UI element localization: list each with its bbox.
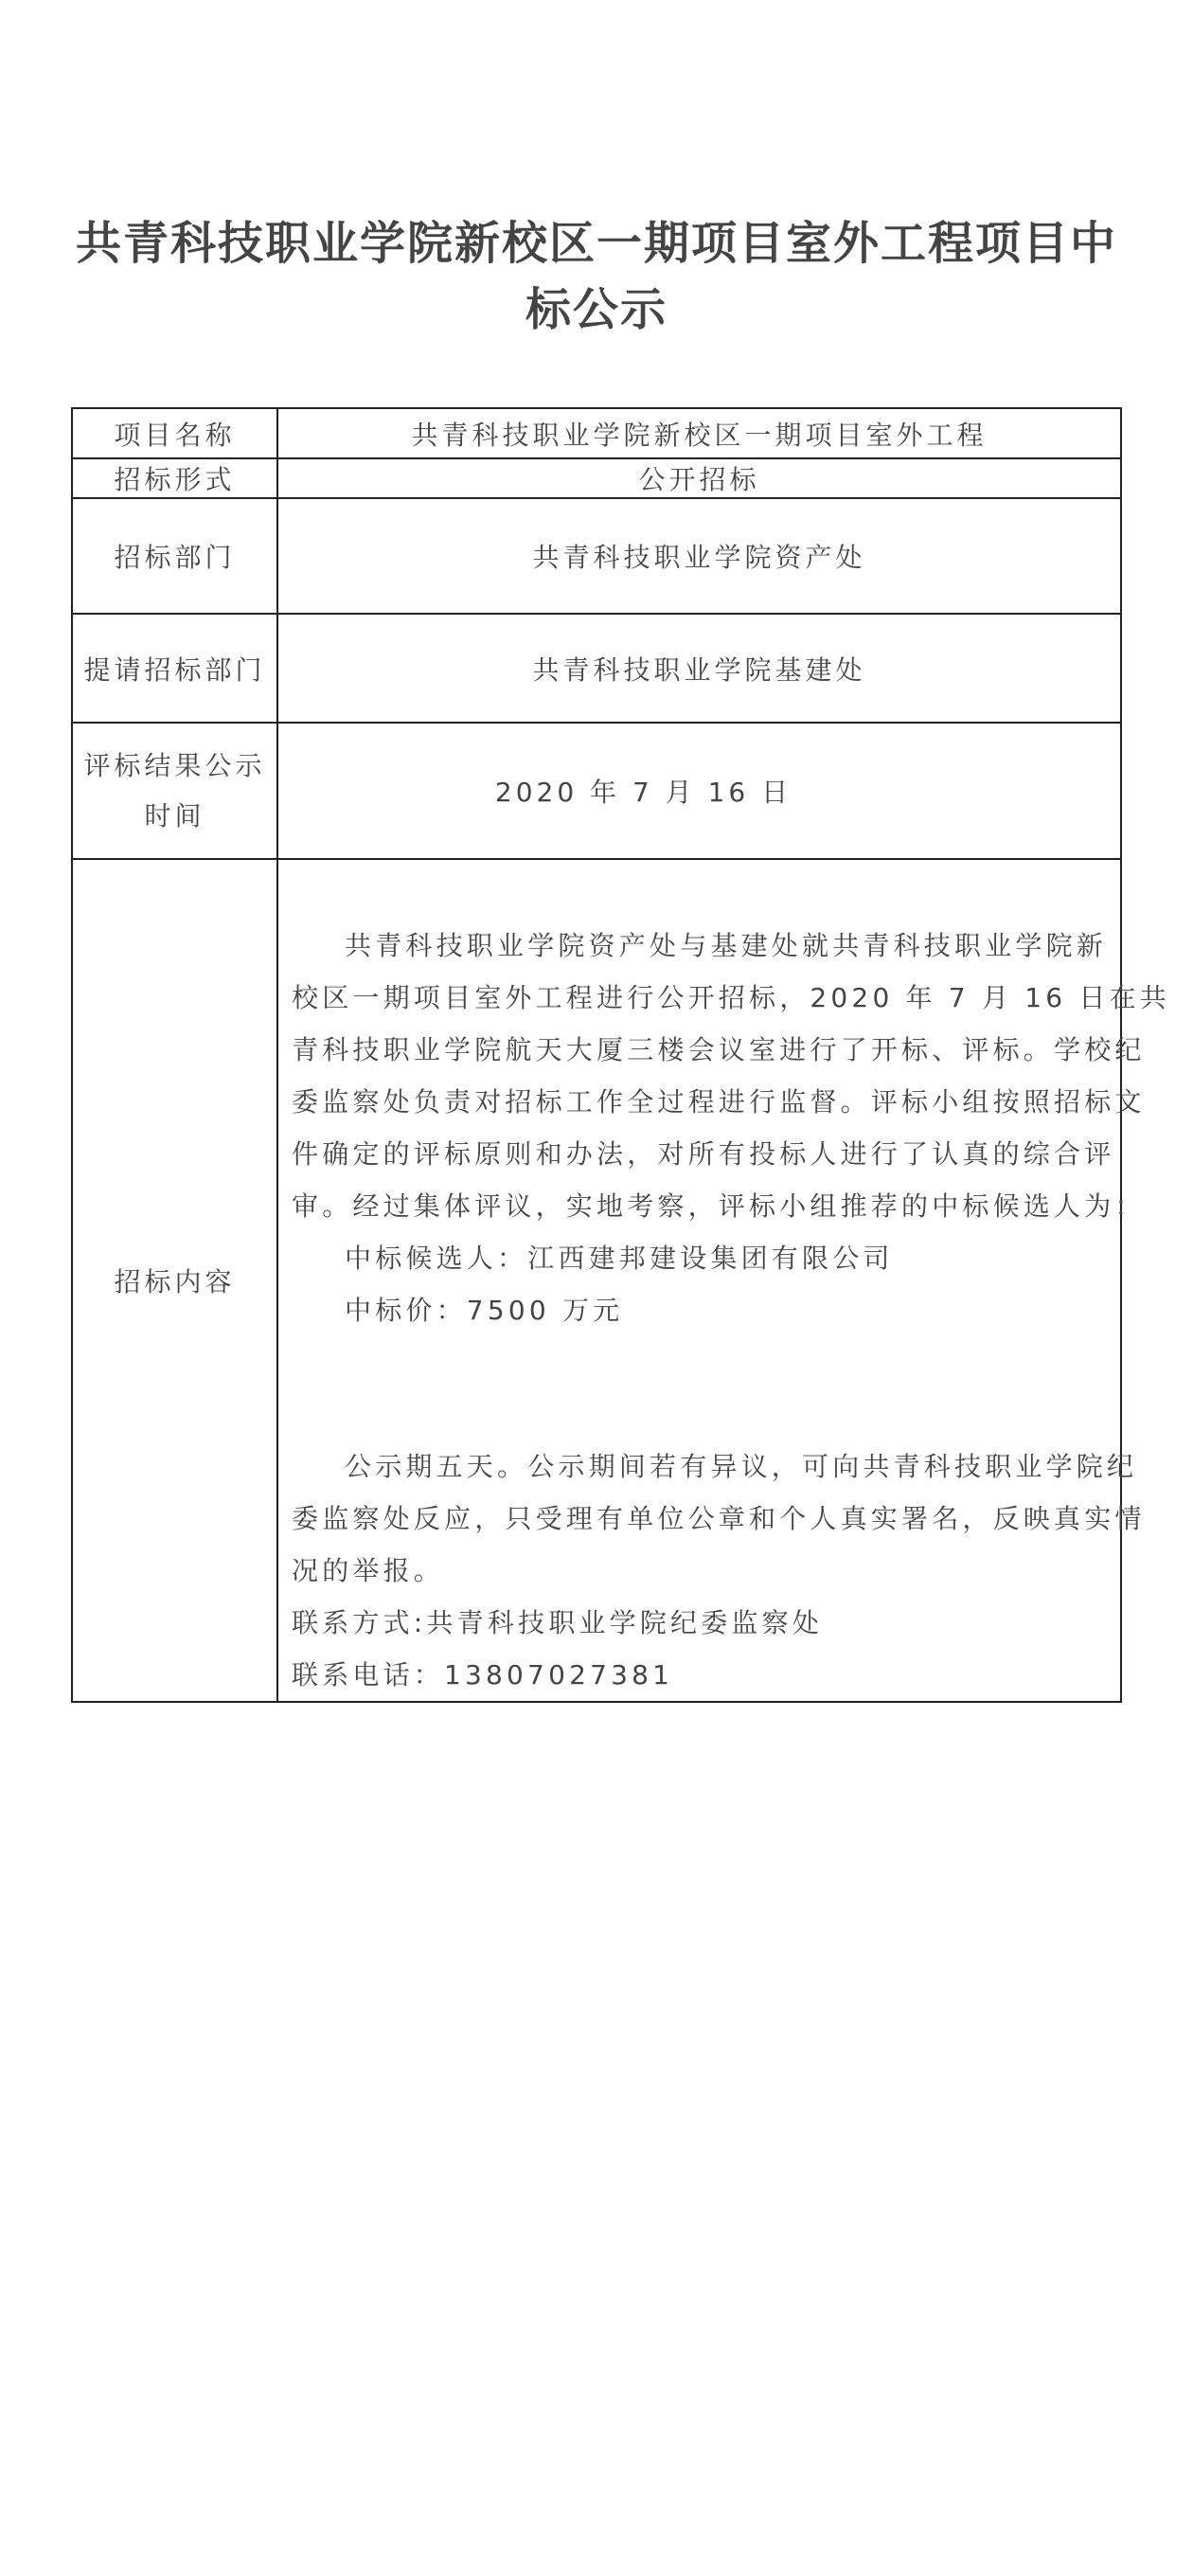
paragraph-1-line: 共青科技职业学院资产处与基建处就共青科技职业学院新 [292, 920, 1111, 972]
requesting-department-label: 提请招标部门 [83, 654, 265, 686]
paragraph-2-line: 况的举报。 [292, 1545, 1111, 1597]
table-row-project-name: 项目名称 共青科技职业学院新校区一期项目室外工程 [72, 408, 1121, 458]
publication-date-value: 2020 年 7 月 16 日 [495, 777, 903, 808]
winning-bidder: 中标候选人：江西建邦建设集团有限公司 [292, 1232, 1111, 1284]
paragraph-1-line: 校区一期项目室外工程进行公开招标，2020 年 7 月 16 日在共 [292, 972, 1111, 1024]
project-name-value: 共青科技职业学院新校区一期项目室外工程 [411, 420, 987, 451]
value-cell: 共青科技职业学院基建处 [277, 614, 1121, 723]
label-cell: 招标部门 [72, 498, 277, 614]
project-name-label: 项目名称 [114, 420, 235, 451]
value-cell: 2020 年 7 月 16 日 [277, 723, 1121, 859]
value-cell: 共青科技职业学院新校区一期项目室外工程 [277, 408, 1121, 458]
label-cell: 招标形式 [72, 458, 277, 498]
publication-date-label-line-2: 时间 [73, 791, 276, 841]
publication-date-label-line-1: 评标结果公示 [73, 741, 276, 791]
table-row-publication-date: 评标结果公示 时间 2020 年 7 月 16 日 [72, 723, 1121, 859]
tender-department-label: 招标部门 [114, 542, 235, 573]
contact-phone: 联系电话：13807027381 [292, 1649, 1111, 1701]
table-row-requesting-department: 提请招标部门 共青科技职业学院基建处 [72, 614, 1121, 723]
winning-price: 中标价：7500 万元 [292, 1284, 1111, 1336]
tender-department-value: 共青科技职业学院资产处 [532, 542, 865, 573]
page-title-line-2: 标公示 [57, 277, 1136, 343]
blank-line [292, 1336, 1111, 1388]
paragraph-1-line: 件确定的评标原则和办法，对所有投标人进行了认真的综合评 [292, 1128, 1111, 1180]
page-title-line-1: 共青科技职业学院新校区一期项目室外工程项目中 [57, 210, 1136, 277]
label-cell: 项目名称 [72, 408, 277, 458]
tender-content-cell: 共青科技职业学院资产处与基建处就共青科技职业学院新 校区一期项目室外工程进行公开… [277, 859, 1121, 1702]
tender-type-value: 公开招标 [638, 464, 759, 495]
paragraph-1-line: 青科技职业学院航天大厦三楼会议室进行了开标、评标。学校纪 [292, 1024, 1111, 1076]
table-row-tender-content: 招标内容 共青科技职业学院资产处与基建处就共青科技职业学院新 校区一期项目室外工… [72, 859, 1121, 1702]
table-row-tender-department: 招标部门 共青科技职业学院资产处 [72, 498, 1121, 614]
blank-line [292, 1388, 1111, 1440]
page-title: 共青科技职业学院新校区一期项目室外工程项目中 标公示 [57, 210, 1136, 343]
paragraph-1-line: 委监察处负责对招标工作全过程进行监督。评标小组按照招标文 [292, 1076, 1111, 1128]
paragraph-2-line: 委监察处反应，只受理有单位公章和个人真实署名，反映真实情 [292, 1493, 1111, 1545]
label-cell: 提请招标部门 [72, 614, 277, 723]
paragraph-2-line: 公示期五天。公示期间若有异议，可向共青科技职业学院纪 [292, 1440, 1111, 1493]
blank-line [292, 868, 1111, 920]
tender-content-label: 招标内容 [114, 1266, 235, 1297]
tender-result-table: 项目名称 共青科技职业学院新校区一期项目室外工程 招标形式 公开招标 招标部门 … [71, 407, 1122, 1703]
label-cell: 招标内容 [72, 859, 277, 1702]
contact-method: 联系方式:共青科技职业学院纪委监察处 [292, 1597, 1111, 1649]
value-cell: 共青科技职业学院资产处 [277, 498, 1121, 614]
value-cell: 公开招标 [277, 458, 1121, 498]
table-row-tender-type: 招标形式 公开招标 [72, 458, 1121, 498]
tender-type-label: 招标形式 [114, 464, 235, 495]
label-cell: 评标结果公示 时间 [72, 723, 277, 859]
requesting-department-value: 共青科技职业学院基建处 [532, 654, 865, 686]
paragraph-1-line: 审。经过集体评议，实地考察，评标小组推荐的中标候选人为： [292, 1180, 1111, 1232]
